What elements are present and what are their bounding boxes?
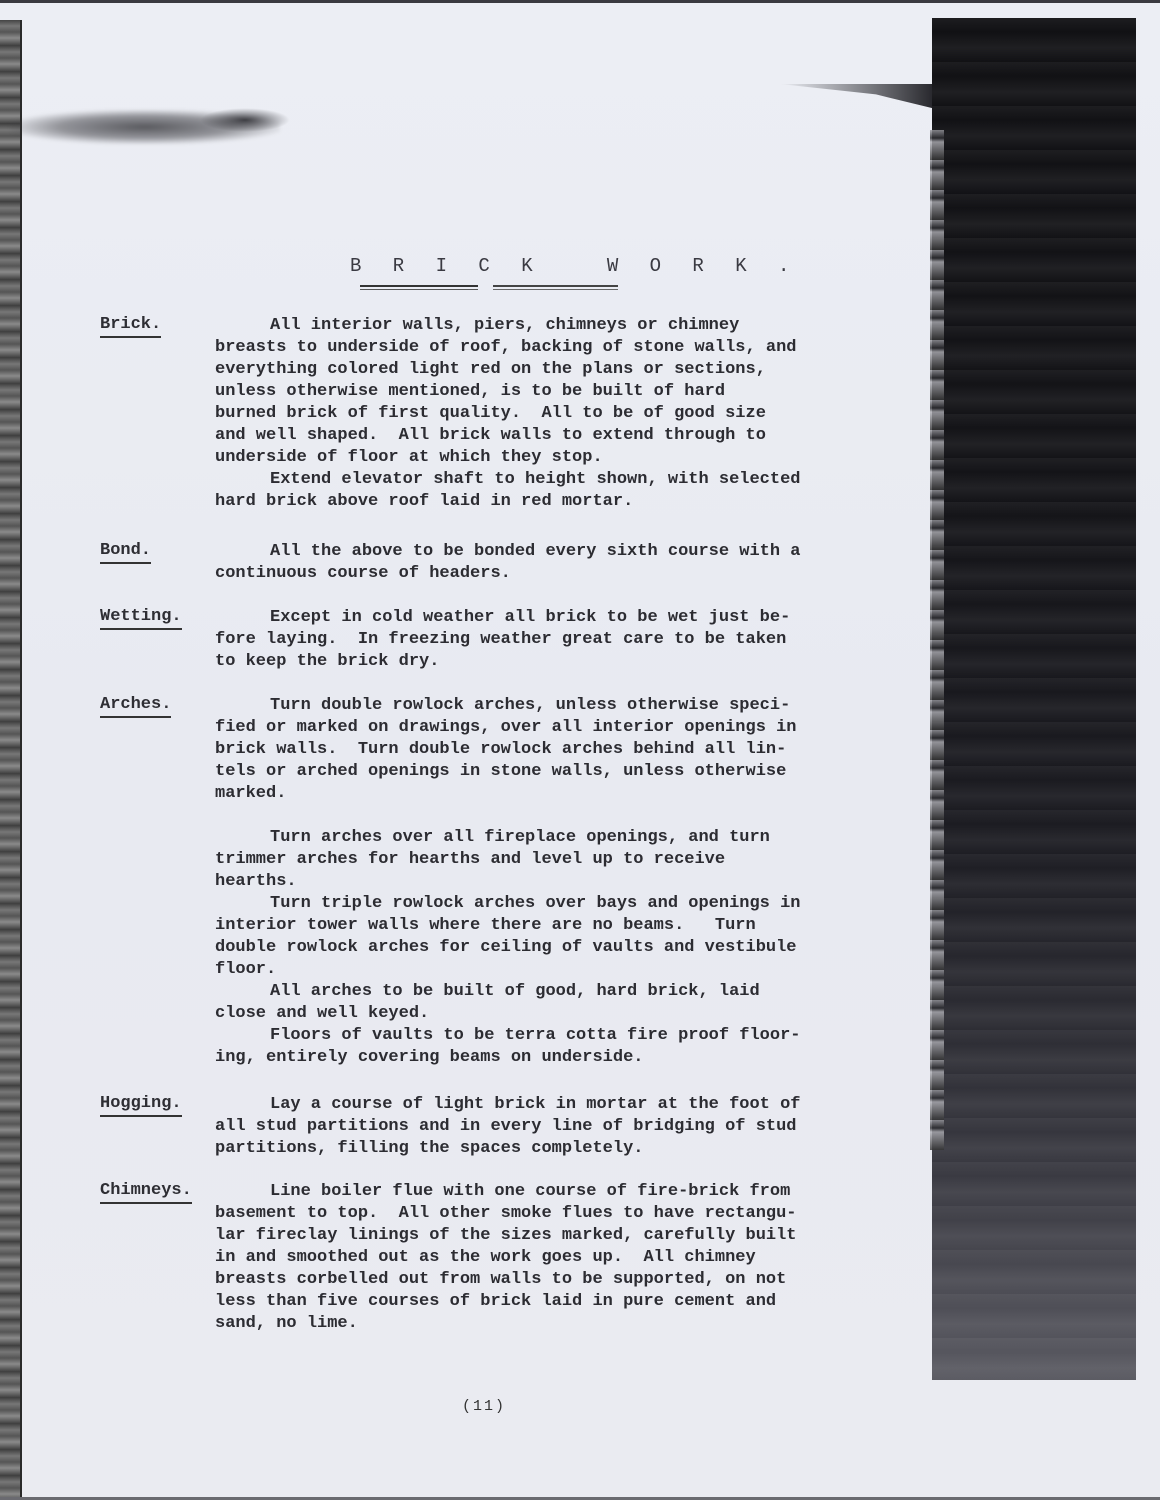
body-line: tels or arched openings in stone walls, … xyxy=(215,761,880,783)
body-line: All the above to be bonded every sixth c… xyxy=(215,541,880,563)
body-line: continuous course of headers. xyxy=(215,563,880,585)
body-line: All interior walls, piers, chimneys or c… xyxy=(215,315,880,337)
page-title: B R I C K W O R K . xyxy=(350,255,799,277)
scan-dark-band xyxy=(932,18,1136,1380)
section-body: All interior walls, piers, chimneys or c… xyxy=(215,315,880,513)
title-underline xyxy=(360,285,620,291)
body-line: sand, no lime. xyxy=(215,1313,880,1335)
body-line: breasts corbelled out from walls to be s… xyxy=(215,1269,880,1291)
body-line: unless otherwise mentioned, is to be bui… xyxy=(215,381,880,403)
section-body: All the above to be bonded every sixth c… xyxy=(215,541,880,585)
body-line: burned brick of first quality. All to be… xyxy=(215,403,880,425)
scanned-page: B R I C K W O R K . Brick.All interior w… xyxy=(0,0,1160,1500)
body-line: marked. xyxy=(215,783,880,805)
section-label: Chimneys. xyxy=(100,1181,192,1204)
section-label: Brick. xyxy=(100,315,161,338)
scan-top-edge xyxy=(0,0,1160,3)
title-underline-left xyxy=(360,285,478,290)
scan-dark-band-edge xyxy=(930,130,944,1150)
body-line: floor. xyxy=(215,959,880,981)
body-line: Extend elevator shaft to height shown, w… xyxy=(215,469,880,491)
section-label: Wetting. xyxy=(100,607,182,630)
body-line: breasts to underside of roof, backing of… xyxy=(215,337,880,359)
section-body: Line boiler flue with one course of fire… xyxy=(215,1181,880,1335)
scan-streak xyxy=(780,84,940,110)
body-line: brick walls. Turn double rowlock arches … xyxy=(215,739,880,761)
body-line: Except in cold weather all brick to be w… xyxy=(215,607,880,629)
body-line: trimmer arches for hearths and level up … xyxy=(215,849,880,871)
body-line: hard brick above roof laid in red mortar… xyxy=(215,491,880,513)
body-line: lar fireclay linings of the sizes marked… xyxy=(215,1225,880,1247)
section-body: Lay a course of light brick in mortar at… xyxy=(215,1094,880,1160)
body-line xyxy=(215,805,880,827)
body-line: everything colored light red on the plan… xyxy=(215,359,880,381)
body-line: Floors of vaults to be terra cotta fire … xyxy=(215,1025,880,1047)
body-line: Turn triple rowlock arches over bays and… xyxy=(215,893,880,915)
body-line: fied or marked on drawings, over all int… xyxy=(215,717,880,739)
body-line: to keep the brick dry. xyxy=(215,651,880,673)
body-line: Line boiler flue with one course of fire… xyxy=(215,1181,880,1203)
scan-smudge xyxy=(200,108,290,132)
section-label: Arches. xyxy=(100,695,171,718)
body-line: underside of floor at which they stop. xyxy=(215,447,880,469)
body-line: Lay a course of light brick in mortar at… xyxy=(215,1094,880,1116)
body-line: double rowlock arches for ceiling of vau… xyxy=(215,937,880,959)
body-line: All arches to be built of good, hard bri… xyxy=(215,981,880,1003)
section-body: Turn double rowlock arches, unless other… xyxy=(215,695,880,1069)
title-underline-right xyxy=(493,285,618,290)
scan-left-binding-edge xyxy=(0,20,22,1500)
body-line: close and well keyed. xyxy=(215,1003,880,1025)
body-line: fore laying. In freezing weather great c… xyxy=(215,629,880,651)
section-label: Bond. xyxy=(100,541,151,564)
body-line: less than five courses of brick laid in … xyxy=(215,1291,880,1313)
section-label: Hogging. xyxy=(100,1094,182,1117)
body-line: ing, entirely covering beams on undersid… xyxy=(215,1047,880,1069)
body-line: interior tower walls where there are no … xyxy=(215,915,880,937)
page-title-block: B R I C K W O R K . xyxy=(350,255,799,277)
page-number: (11) xyxy=(462,1398,506,1415)
body-line: in and smoothed out as the work goes up.… xyxy=(215,1247,880,1269)
body-line: basement to top. All other smoke flues t… xyxy=(215,1203,880,1225)
body-line: Turn arches over all fireplace openings,… xyxy=(215,827,880,849)
section-body: Except in cold weather all brick to be w… xyxy=(215,607,880,673)
body-line: Turn double rowlock arches, unless other… xyxy=(215,695,880,717)
body-line: and well shaped. All brick walls to exte… xyxy=(215,425,880,447)
body-line: hearths. xyxy=(215,871,880,893)
body-line: partitions, filling the spaces completel… xyxy=(215,1138,880,1160)
body-line: all stud partitions and in every line of… xyxy=(215,1116,880,1138)
